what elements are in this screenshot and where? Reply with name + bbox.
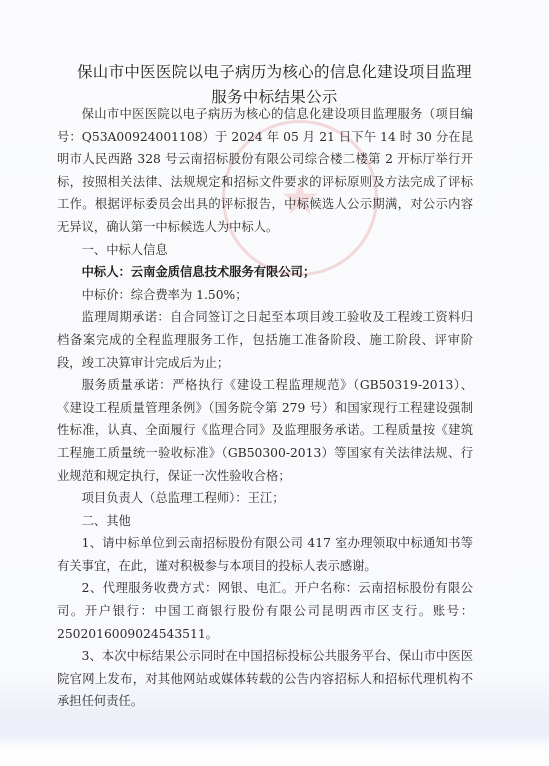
other-item-1: 1、请中标单位到云南招标股份有限公司 417 室办理领取中标通知书等有关事宜，在… [57, 532, 473, 577]
document-body: 保山市中医医院以电子病历为核心的信息化建设项目监理服务（项目编号：Q53A009… [57, 103, 473, 713]
section2-heading: 二、其他 [57, 510, 473, 533]
document-page: ★ 保山市中医医院以电子病历为核心的信息化建设项目监理 服务中标结果公示 保山市… [0, 0, 549, 766]
section1-heading: 一、中标人信息 [57, 239, 473, 262]
intro-paragraph: 保山市中医医院以电子病历为核心的信息化建设项目监理服务（项目编号：Q53A009… [57, 103, 473, 239]
winner-line: 中标人：云南金质信息技术服务有限公司； [57, 261, 473, 284]
project-manager-line: 项目负责人（总监理工程师）：王江； [57, 487, 473, 510]
price-line: 中标价：综合费率为 1.50%； [57, 284, 473, 307]
document-title-line1: 保山市中医医院以电子病历为核心的信息化建设项目监理 [0, 60, 549, 82]
other-item-3: 3、本次中标结果公示同时在中国招标投标公共服务平台、保山市中医医院官网上发布，对… [57, 645, 473, 713]
other-item-2: 2、代理服务收费方式：网银、电汇。开户名称：云南招标股份有限公司。开户银行：中国… [57, 577, 473, 645]
quality-commitment-paragraph: 服务质量承诺：严格执行《建设工程监理规范》（GB50319-2013）、《建设工… [57, 374, 473, 487]
supervision-period-paragraph: 监理周期承诺：自合同签订之日起至本项目竣工验收及工程竣工资料归档备案完成的全程监… [57, 306, 473, 374]
